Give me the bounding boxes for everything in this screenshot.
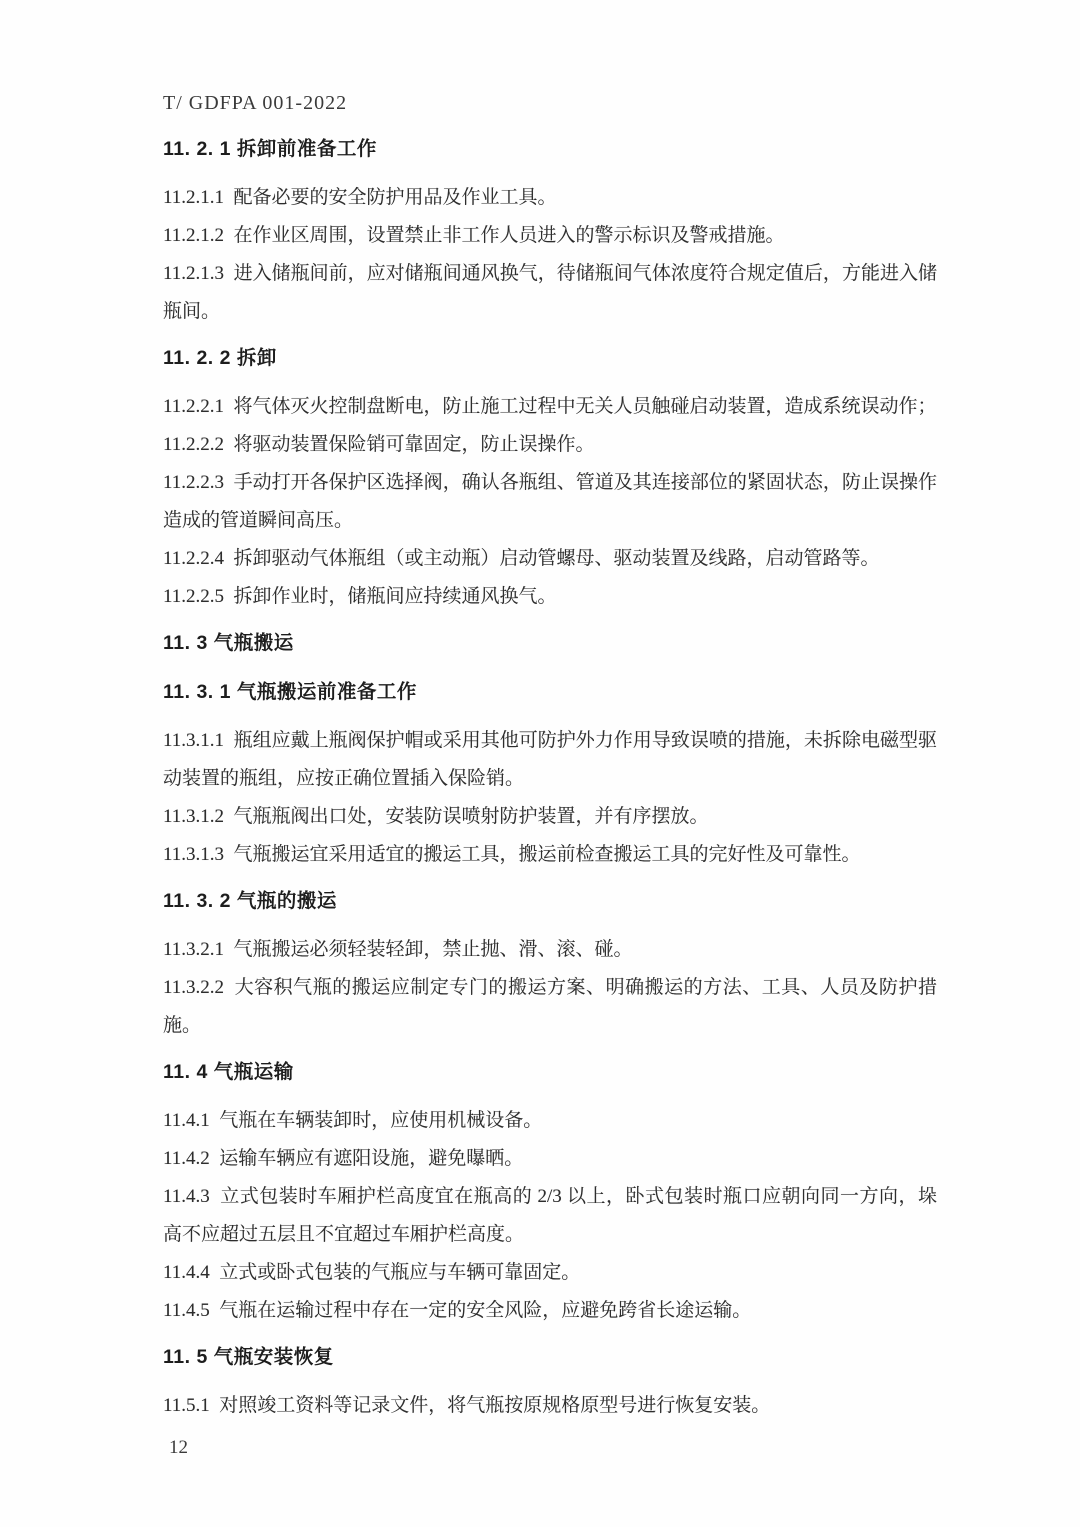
clause-11-4-5: 11.4.5 气瓶在运输过程中存在一定的安全风险，应避免跨省长途运输。 xyxy=(163,1292,937,1330)
section-heading-11-4: 11. 4 气瓶运输 xyxy=(163,1053,937,1091)
clause-11-2-1-2: 11.2.1.2 在作业区周围，设置禁止非工作人员进入的警示标识及警戒措施。 xyxy=(163,217,937,255)
document-page: T/ GDFPA 001-2022 11. 2. 1 拆卸前准备工作 11.2.… xyxy=(0,0,1080,1527)
section-heading-11-5: 11. 5 气瓶安装恢复 xyxy=(163,1338,937,1376)
standard-code-header: T/ GDFPA 001-2022 xyxy=(163,84,937,122)
clause-11-3-2-2: 11.3.2.2 大容积气瓶的搬运应制定专门的搬运方案、明确搬运的方法、工具、人… xyxy=(163,969,937,1045)
section-heading-11-3-2: 11. 3. 2 气瓶的搬运 xyxy=(163,882,937,920)
clause-11-4-4: 11.4.4 立式或卧式包装的气瓶应与车辆可靠固定。 xyxy=(163,1254,937,1292)
clause-11-5-1: 11.5.1 对照竣工资料等记录文件，将气瓶按原规格原型号进行恢复安装。 xyxy=(163,1387,937,1425)
clause-11-2-1-1: 11.2.1.1 配备必要的安全防护用品及作业工具。 xyxy=(163,179,937,217)
clause-11-2-2-5: 11.2.2.5 拆卸作业时，储瓶间应持续通风换气。 xyxy=(163,578,937,616)
clause-11-4-3: 11.4.3 立式包装时车厢护栏高度宜在瓶高的 2/3 以上，卧式包装时瓶口应朝… xyxy=(163,1178,937,1254)
clause-11-3-1-2: 11.3.1.2 气瓶瓶阀出口处，安装防误喷射防护装置，并有序摆放。 xyxy=(163,798,937,836)
clause-11-2-2-3: 11.2.2.3 手动打开各保护区选择阀，确认各瓶组、管道及其连接部位的紧固状态… xyxy=(163,464,937,540)
clause-11-3-2-1: 11.3.2.1 气瓶搬运必须轻装轻卸，禁止抛、滑、滚、碰。 xyxy=(163,931,937,969)
section-heading-11-2-1: 11. 2. 1 拆卸前准备工作 xyxy=(163,130,937,168)
clause-11-4-1: 11.4.1 气瓶在车辆装卸时，应使用机械设备。 xyxy=(163,1102,937,1140)
clause-11-3-1-1: 11.3.1.1 瓶组应戴上瓶阀保护帽或采用其他可防护外力作用导致误喷的措施，未… xyxy=(163,722,937,798)
clause-11-4-2: 11.4.2 运输车辆应有遮阳设施，避免曝晒。 xyxy=(163,1140,937,1178)
clause-11-2-1-3: 11.2.1.3 进入储瓶间前，应对储瓶间通风换气，待储瓶间气体浓度符合规定值后… xyxy=(163,255,937,331)
clause-11-2-2-1: 11.2.2.1 将气体灭火控制盘断电，防止施工过程中无关人员触碰启动装置，造成… xyxy=(163,388,937,426)
page-number: 12 xyxy=(169,1429,937,1467)
clause-11-2-2-2: 11.2.2.2 将驱动装置保险销可靠固定，防止误操作。 xyxy=(163,426,937,464)
section-heading-11-3-1: 11. 3. 1 气瓶搬运前准备工作 xyxy=(163,673,937,711)
section-heading-11-2-2: 11. 2. 2 拆卸 xyxy=(163,339,937,377)
section-heading-11-3: 11. 3 气瓶搬运 xyxy=(163,624,937,662)
clause-11-2-2-4: 11.2.2.4 拆卸驱动气体瓶组（或主动瓶）启动管螺母、驱动装置及线路，启动管… xyxy=(163,540,937,578)
clause-11-3-1-3: 11.3.1.3 气瓶搬运宜采用适宜的搬运工具，搬运前检查搬运工具的完好性及可靠… xyxy=(163,836,937,874)
